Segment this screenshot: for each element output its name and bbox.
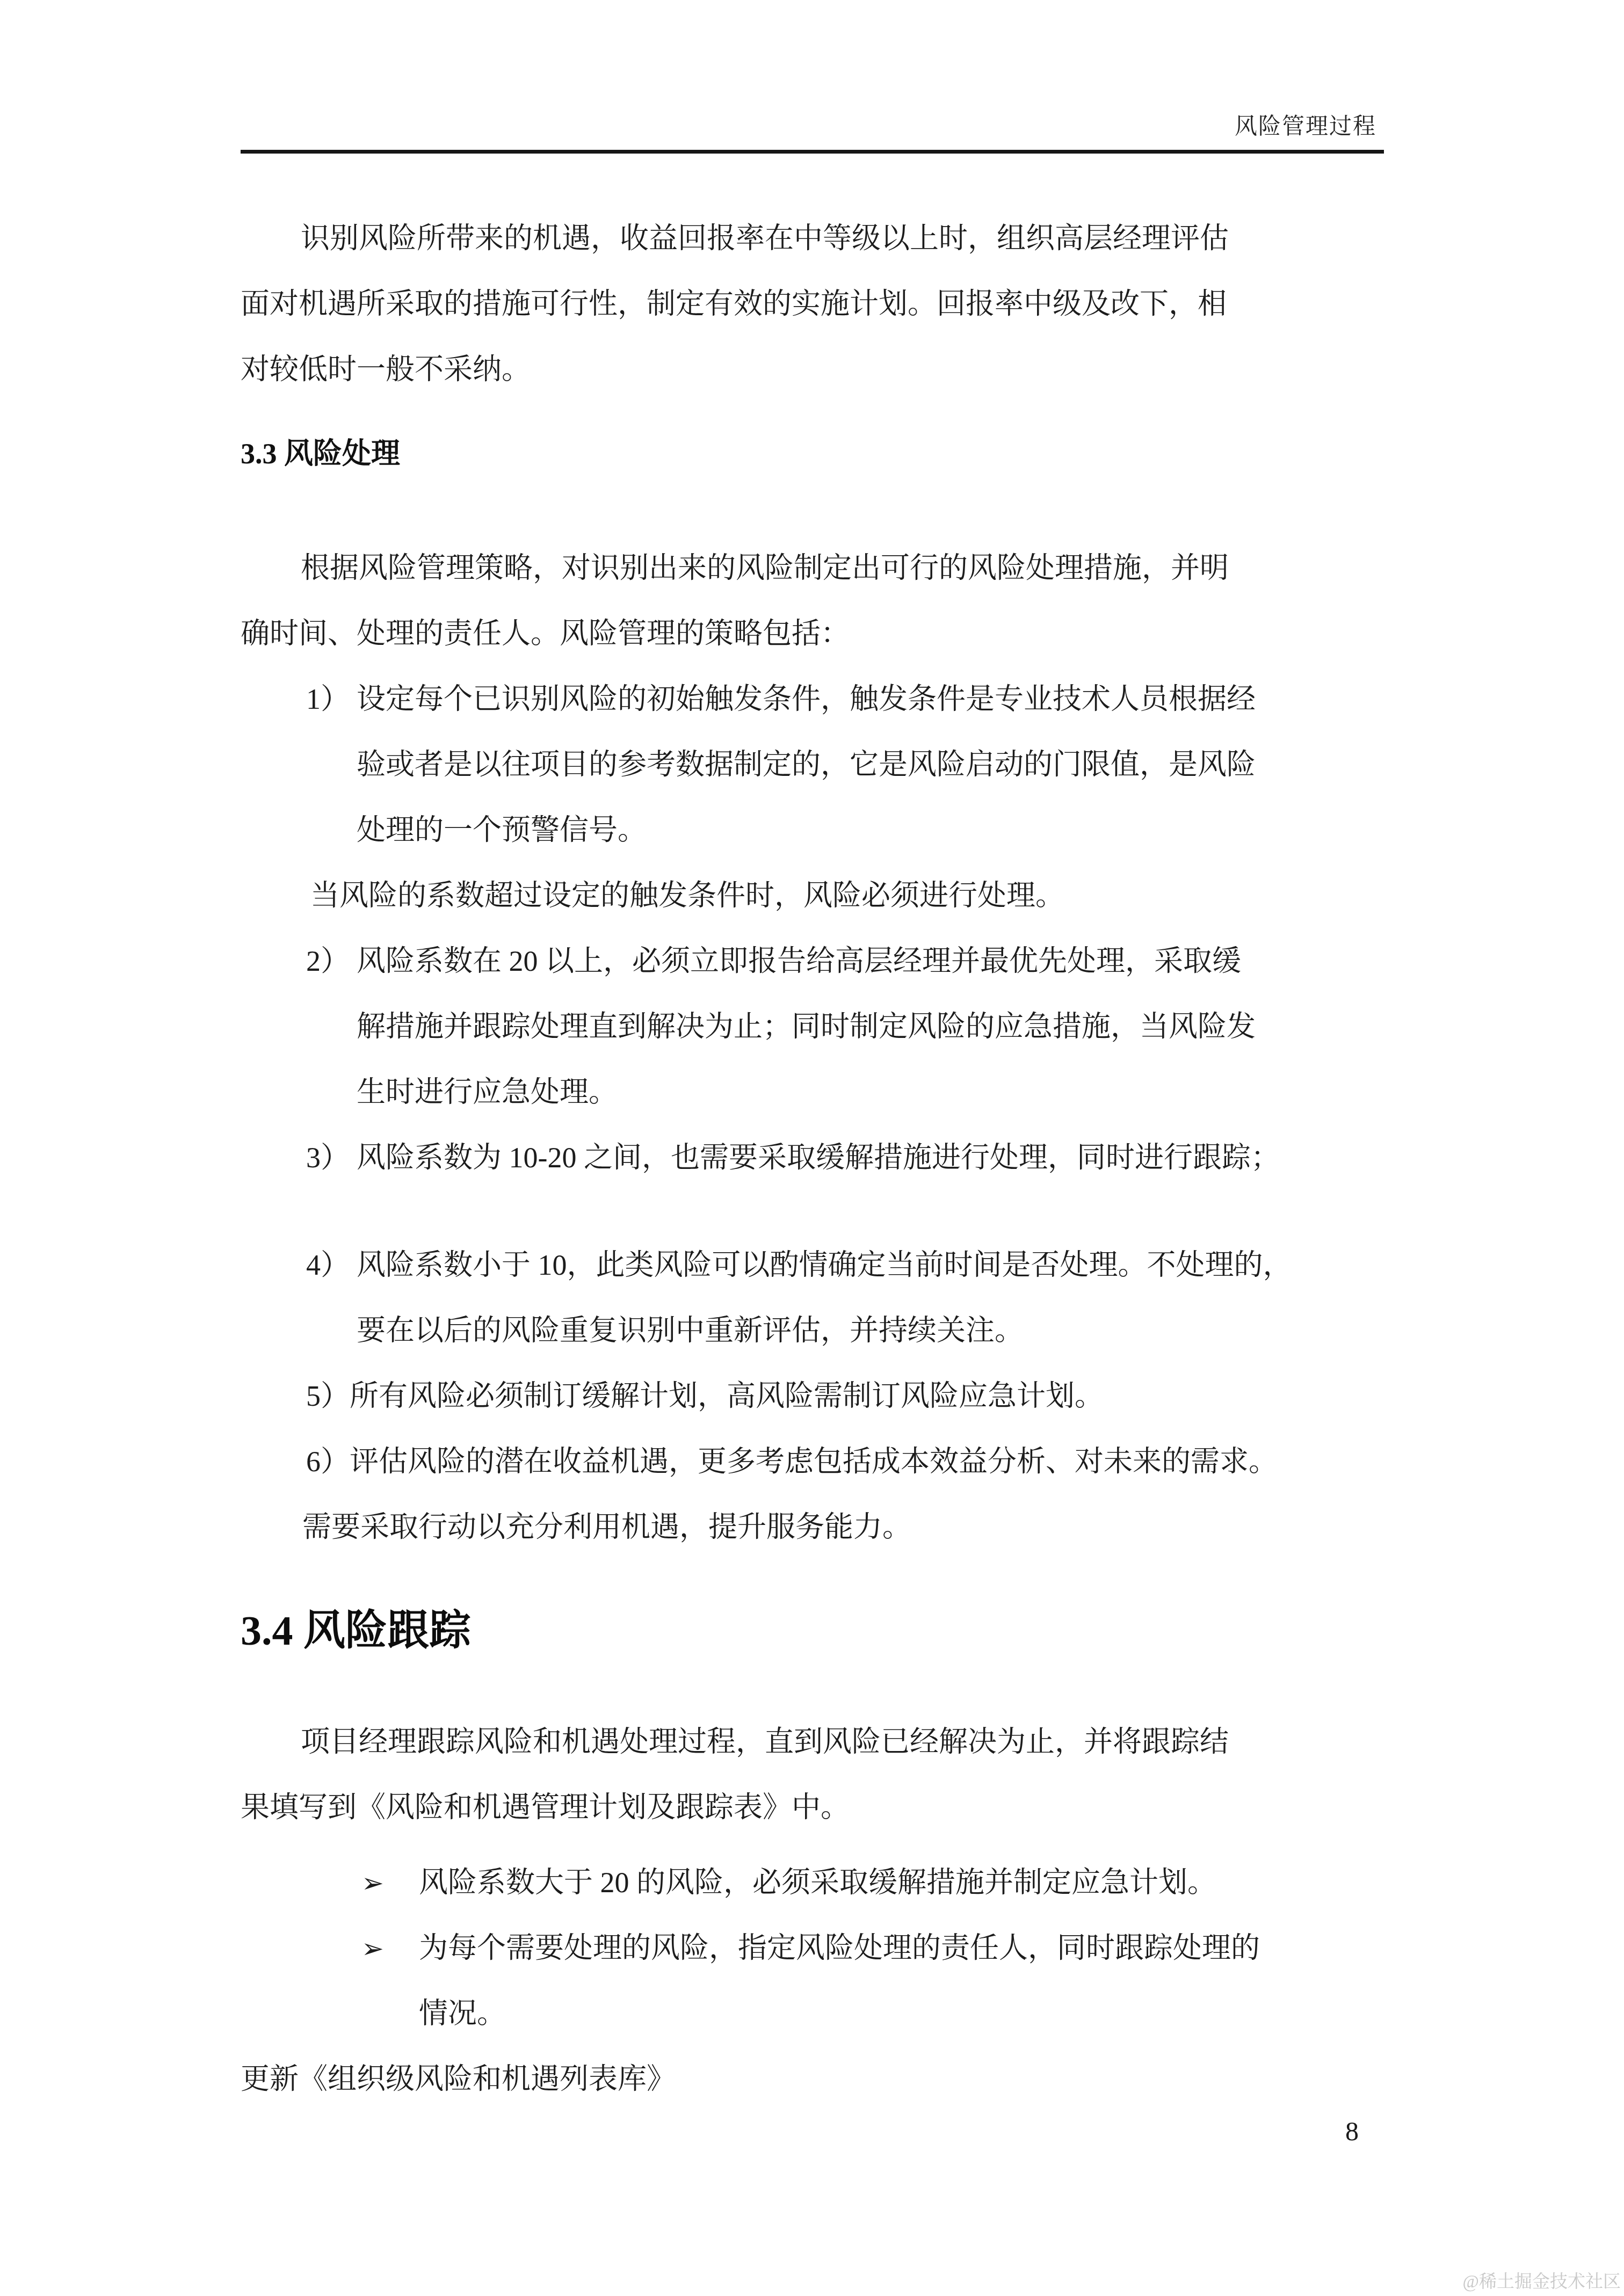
paragraph-line: 确时间、处理的责任人。风险管理的策略包括： — [241, 601, 1390, 666]
update-library-line: 更新《组织级风险和机遇列表库》 — [241, 2046, 1390, 2112]
document-body: 识别风险所带来的机遇，收益回报率在中等级以上时，组织高层经理评估 面对机遇所采取… — [241, 0, 1390, 2112]
paragraph-line: 根据风险管理策略，对识别出来的风险制定出可行的风险处理措施，并明 — [241, 535, 1390, 601]
list-item-marker: 3） — [306, 1125, 357, 1190]
page-number: 8 — [1345, 2116, 1359, 2147]
list-item-marker: 1） — [306, 666, 357, 732]
bullet-continuation-line: 情况。 — [241, 1981, 1390, 2046]
list-item-line: 生时进行应急处理。 — [241, 1059, 1390, 1125]
list-item-text: 设定每个已识别风险的初始触发条件，触发条件是专业技术人员根据经 — [357, 683, 1256, 715]
list-item-line: 处理的一个预警信号。 — [241, 797, 1390, 863]
paragraph-line: 面对机遇所采取的措施可行性，制定有效的实施计划。回报率中级及改下，相 — [241, 271, 1390, 337]
list-item-3: 3）风险系数为 10-20 之间，也需要采取缓解措施进行处理，同时进行跟踪； — [241, 1125, 1390, 1190]
list-item-6-continuation: 需要采取行动以充分利用机遇，提升服务能力。 — [241, 1494, 1390, 1560]
document-page: 风险管理过程 识别风险所带来的机遇，收益回报率在中等级以上时，组织高层经理评估 … — [0, 0, 1624, 2296]
list-item-1: 1）设定每个已识别风险的初始触发条件，触发条件是专业技术人员根据经 — [241, 666, 1390, 732]
list-item-line: 解措施并跟踪处理直到解决为止；同时制定风险的应急措施，当风险发 — [241, 994, 1390, 1059]
arrow-bullet-icon: ➢ — [361, 1916, 419, 1981]
paragraph-line: 对较低时一般不采纳。 — [241, 337, 1390, 402]
section-heading-3-4: 3.4 风险跟踪 — [241, 1601, 1390, 1661]
bullet-text: 风险系数大于 20 的风险，必须采取缓解措施并制定应急计划。 — [419, 1866, 1216, 1899]
list-item-2: 2）风险系数在 20 以上，必须立即报告给高层经理并最优先处理，采取缓 — [241, 928, 1390, 994]
bullet-text: 为每个需要处理的风险，指定风险处理的责任人，同时跟踪处理的 — [419, 1932, 1260, 1964]
paragraph-line: 项目经理跟踪风险和机遇处理过程，直到风险已经解决为止，并将跟踪结 — [241, 1709, 1390, 1775]
list-item-text: 风险系数小于 10，此类风险可以酌情确定当前时间是否处理。不处理的， — [357, 1249, 1292, 1281]
section-heading-3-3: 3.3 风险处理 — [241, 432, 1390, 475]
paragraph-line: 果填写到《风险和机遇管理计划及跟踪表》中。 — [241, 1775, 1390, 1840]
paragraph-line: 识别风险所带来的机遇，收益回报率在中等级以上时，组织高层经理评估 — [241, 206, 1390, 271]
note-line: 当风险的系数超过设定的触发条件时，风险必须进行处理。 — [241, 863, 1390, 928]
list-item-4: 4）风险系数小于 10，此类风险可以酌情确定当前时间是否处理。不处理的， — [241, 1232, 1390, 1298]
list-item-5: 5）所有风险必须制订缓解计划，高风险需制订风险应急计划。 — [241, 1363, 1390, 1429]
list-item-line: 验或者是以往项目的参考数据制定的，它是风险启动的门限值，是风险 — [241, 732, 1390, 797]
list-item-line: 要在以后的风险重复识别中重新评估，并持续关注。 — [241, 1298, 1390, 1363]
watermark: @稀土掘金技术社区 — [1463, 2268, 1621, 2293]
arrow-bullet-item: ➢风险系数大于 20 的风险，必须采取缓解措施并制定应急计划。 — [241, 1850, 1390, 1915]
list-item-6: 6）评估风险的潜在收益机遇，更多考虑包括成本效益分析、对未来的需求。 — [241, 1429, 1390, 1494]
list-item-text: 风险系数为 10-20 之间，也需要采取缓解措施进行处理，同时进行跟踪； — [357, 1142, 1280, 1174]
list-item-text: 风险系数在 20 以上，必须立即报告给高层经理并最优先处理，采取缓 — [357, 945, 1241, 977]
arrow-bullet-icon: ➢ — [361, 1850, 419, 1916]
arrow-bullet-item: ➢为每个需要处理的风险，指定风险处理的责任人，同时跟踪处理的 — [241, 1915, 1390, 1981]
list-item-marker: 2） — [306, 928, 357, 994]
list-item-marker: 4） — [306, 1232, 357, 1298]
